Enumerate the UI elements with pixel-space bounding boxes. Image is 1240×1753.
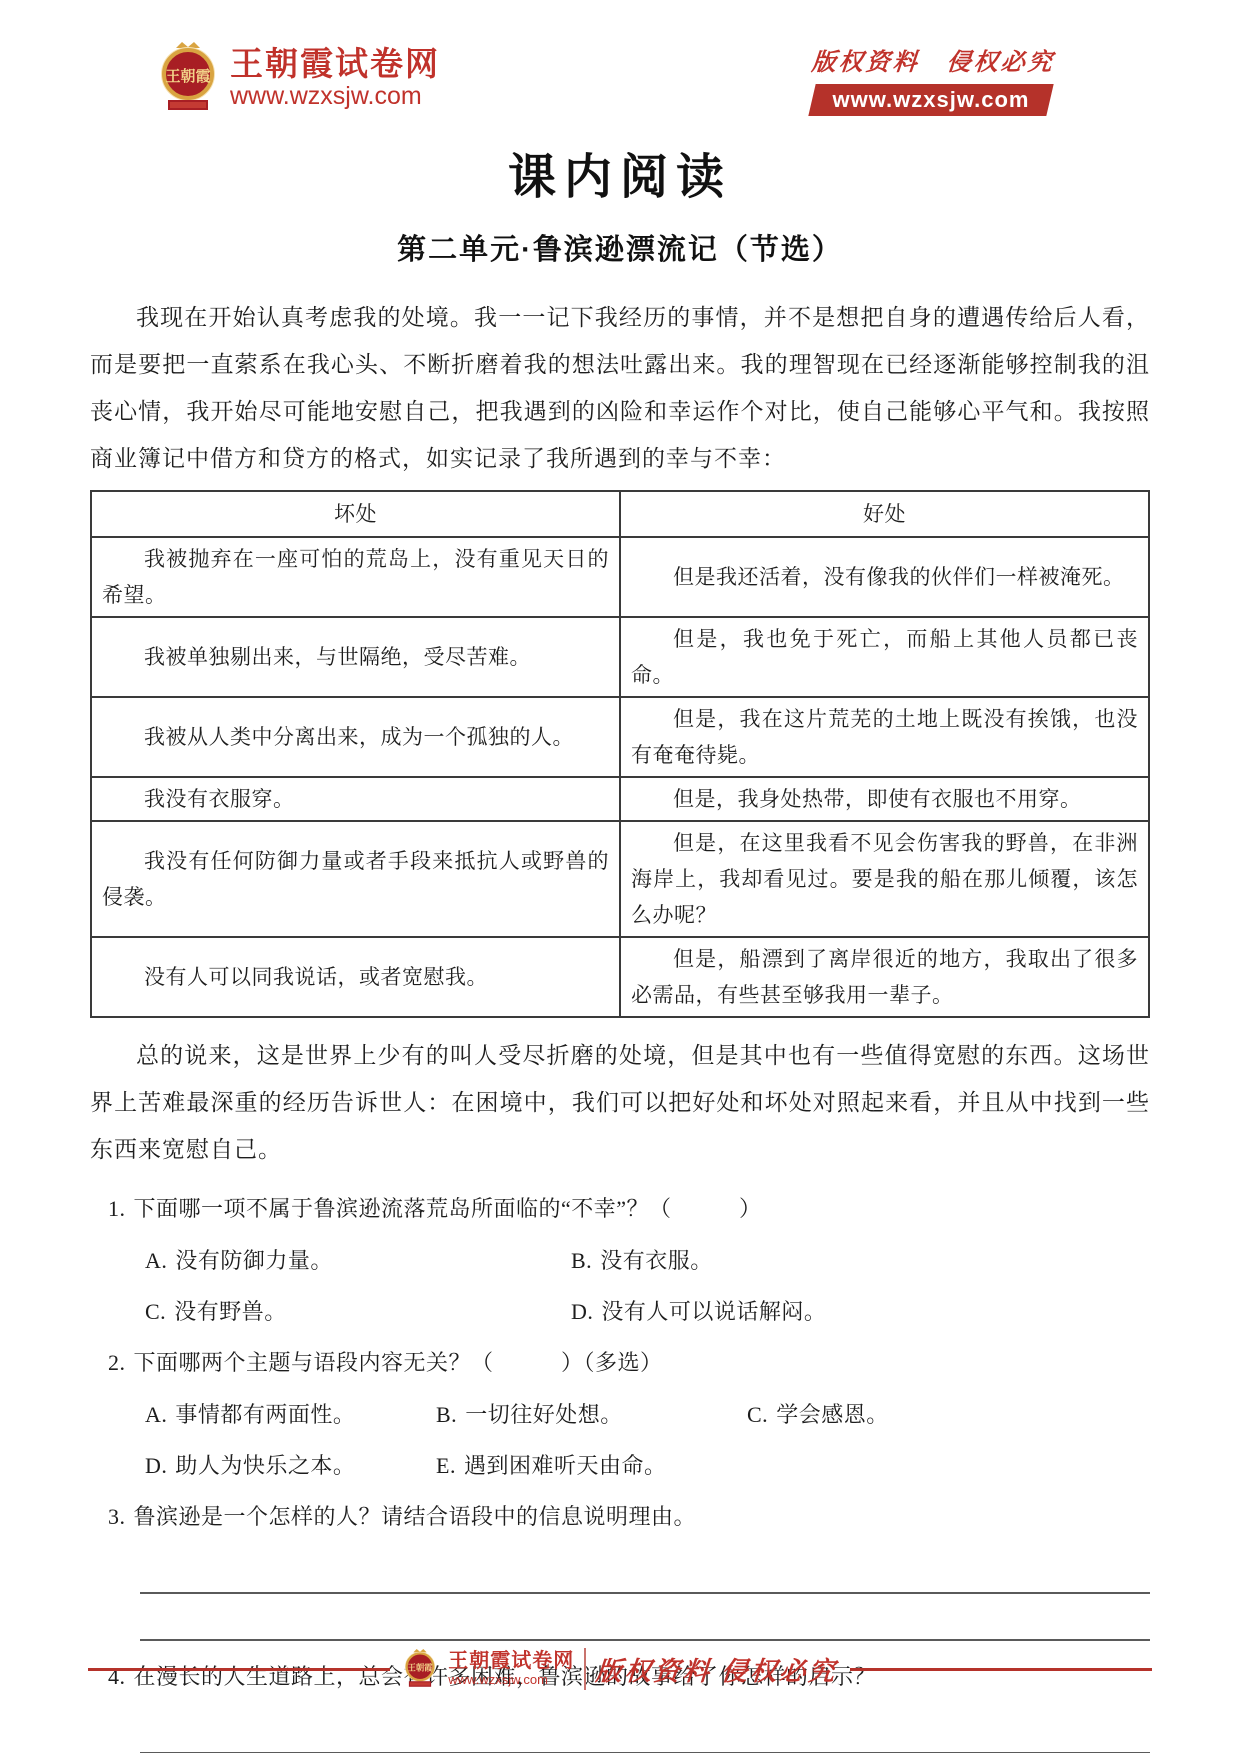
svg-text:王朝霞: 王朝霞 xyxy=(165,67,210,85)
question-2: 2.下面哪两个主题与语段内容无关？（ ）（多选） A.事情都有两面性。 B.一切… xyxy=(90,1347,1150,1481)
site-logo-badge-icon: 王朝霞 xyxy=(402,1649,438,1689)
site-logo-badge-icon: 王朝霞 xyxy=(156,42,220,114)
option-c: C.没有野兽。 xyxy=(145,1297,565,1327)
table-header-bad: 坏处 xyxy=(91,491,620,537)
option-b: B.一切往好处想。 xyxy=(436,1400,741,1430)
question-2-text: 2.下面哪两个主题与语段内容无关？（ ）（多选） xyxy=(90,1347,1150,1379)
table-cell-good: 但是，我身处热带，即使有衣服也不用穿。 xyxy=(620,777,1149,821)
option-d: D.没有人可以说话解闷。 xyxy=(571,1297,826,1327)
svg-text:王朝霞: 王朝霞 xyxy=(408,1663,434,1673)
table-row: 我被从人类中分离出来，成为一个孤独的人。 但是，我在这片荒芜的土地上既没有挨饿，… xyxy=(91,697,1149,777)
table-header-row: 坏处 好处 xyxy=(91,491,1149,537)
table-cell-bad: 我被单独剔出来，与世隔绝，受尽苦难。 xyxy=(91,617,620,697)
footer-divider xyxy=(584,1648,586,1690)
table-header-good: 好处 xyxy=(620,491,1149,537)
option-a: A.事情都有两面性。 xyxy=(145,1400,430,1430)
footer-rule-left xyxy=(88,1668,390,1671)
option-c: C.学会感恩。 xyxy=(747,1400,889,1430)
table-cell-bad: 没有人可以同我说话，或者宽慰我。 xyxy=(91,937,620,1017)
page-header: 王朝霞 王朝霞试卷网 www.wzxsjw.com 版权资料 侵权必究 www.… xyxy=(156,0,1050,124)
passage-paragraph-1: 我现在开始认真考虑我的处境。我一一记下我经历的事情，并不是想把自身的遭遇传给后人… xyxy=(90,294,1150,482)
option-b: B.没有衣服。 xyxy=(571,1246,713,1276)
worksheet-page: 王朝霞 王朝霞试卷网 www.wzxsjw.com 版权资料 侵权必究 www.… xyxy=(0,0,1240,1753)
copyright-url-banner: www.wzxsjw.com xyxy=(808,84,1053,116)
footer-rule-right xyxy=(850,1668,1152,1671)
site-name: 王朝霞试卷网 xyxy=(230,46,440,82)
question-2-options-row-2: D.助人为快乐之本。 E.遇到困难听天由命。 xyxy=(90,1451,1150,1481)
question-3: 3.鲁滨逊是一个怎样的人？请结合语段中的信息说明理由。 xyxy=(90,1501,1150,1641)
option-e: E.遇到困难听天由命。 xyxy=(436,1451,666,1481)
question-number: 3. xyxy=(108,1504,126,1529)
question-number: 2. xyxy=(108,1350,126,1375)
site-url: www.wzxsjw.com xyxy=(230,82,440,110)
table-row: 我没有衣服穿。 但是，我身处热带，即使有衣服也不用穿。 xyxy=(91,777,1149,821)
passage-paragraph-2: 总的说来，这是世界上少有的叫人受尽折磨的处境，但是其中也有一些值得宽慰的东西。这… xyxy=(90,1032,1150,1173)
question-1-text: 1.下面哪一项不属于鲁滨逊流落荒岛所面临的“不幸”？（ ） xyxy=(90,1193,1150,1225)
question-2-options-row-1: A.事情都有两面性。 B.一切往好处想。 C.学会感恩。 xyxy=(90,1400,1150,1430)
site-logo-text: 王朝霞试卷网 www.wzxsjw.com xyxy=(230,46,440,110)
page-title: 课内阅读 xyxy=(90,138,1150,207)
footer-copyright-notice: 版权资料 侵权必究 xyxy=(595,1651,840,1688)
option-d: D.助人为快乐之本。 xyxy=(145,1451,430,1481)
table-row: 我被单独剔出来，与世隔绝，受尽苦难。 但是，我也免于死亡，而船上其他人员都已丧命… xyxy=(91,617,1149,697)
copyright-block: 版权资料 侵权必究 www.wzxsjw.com xyxy=(812,42,1050,116)
answer-blank-line xyxy=(140,1594,1150,1641)
footer-logo-block: 王朝霞 王朝霞试卷网 www.wzxsjw.com 版权资料 侵权必究 xyxy=(402,1648,838,1690)
copyright-url: www.wzxsjw.com xyxy=(820,87,1042,113)
table-cell-bad: 我被从人类中分离出来，成为一个孤独的人。 xyxy=(91,697,620,777)
question-1-options-row-1: A.没有防御力量。 B.没有衣服。 xyxy=(90,1246,1150,1276)
page-footer: 王朝霞 王朝霞试卷网 www.wzxsjw.com 版权资料 侵权必究 xyxy=(88,1648,1152,1690)
table-row: 没有人可以同我说话，或者宽慰我。 但是，船漂到了离岸很近的地方，我取出了很多必需… xyxy=(91,937,1149,1017)
table-row: 我没有任何防御力量或者手段来抵抗人或野兽的侵袭。 但是，在这里我看不见会伤害我的… xyxy=(91,821,1149,937)
table-cell-good: 但是，船漂到了离岸很近的地方，我取出了很多必需品，有些甚至够我用一辈子。 xyxy=(620,937,1149,1017)
table-cell-good: 但是我还活着，没有像我的伙伴们一样被淹死。 xyxy=(620,537,1149,617)
table-cell-bad: 我被抛弃在一座可怕的荒岛上，没有重见天日的希望。 xyxy=(91,537,620,617)
question-3-text: 3.鲁滨逊是一个怎样的人？请结合语段中的信息说明理由。 xyxy=(90,1501,1150,1533)
table-cell-good: 但是，我也免于死亡，而船上其他人员都已丧命。 xyxy=(620,617,1149,697)
copyright-notice: 版权资料 侵权必究 xyxy=(810,42,1051,77)
table-cell-bad: 我没有衣服穿。 xyxy=(91,777,620,821)
footer-site-logo-text: 王朝霞试卷网 www.wzxsjw.com xyxy=(448,1651,574,1687)
answer-blank-line xyxy=(140,1707,1150,1753)
table-cell-good: 但是，我在这片荒芜的土地上既没有挨饿，也没有奄奄待毙。 xyxy=(620,697,1149,777)
pros-cons-table: 坏处 好处 我被抛弃在一座可怕的荒岛上，没有重见天日的希望。 但是我还活着，没有… xyxy=(90,490,1150,1018)
option-a: A.没有防御力量。 xyxy=(145,1246,565,1276)
footer-site-name: 王朝霞试卷网 xyxy=(448,1651,574,1672)
site-logo: 王朝霞 王朝霞试卷网 www.wzxsjw.com xyxy=(156,42,440,114)
table-cell-good: 但是，在这里我看不见会伤害我的野兽，在非洲海岸上，我却看见过。要是我的船在那儿倾… xyxy=(620,821,1149,937)
unit-subtitle: 第二单元·鲁滨逊漂流记（节选） xyxy=(90,227,1150,268)
footer-site-url: www.wzxsjw.com xyxy=(448,1672,574,1687)
table-row: 我被抛弃在一座可怕的荒岛上，没有重见天日的希望。 但是我还活着，没有像我的伙伴们… xyxy=(91,537,1149,617)
question-number: 1. xyxy=(108,1196,126,1221)
table-cell-bad: 我没有任何防御力量或者手段来抵抗人或野兽的侵袭。 xyxy=(91,821,620,937)
question-1-options-row-2: C.没有野兽。 D.没有人可以说话解闷。 xyxy=(90,1297,1150,1327)
question-1: 1.下面哪一项不属于鲁滨逊流落荒岛所面临的“不幸”？（ ） A.没有防御力量。 … xyxy=(90,1193,1150,1327)
answer-blank-line xyxy=(140,1547,1150,1594)
